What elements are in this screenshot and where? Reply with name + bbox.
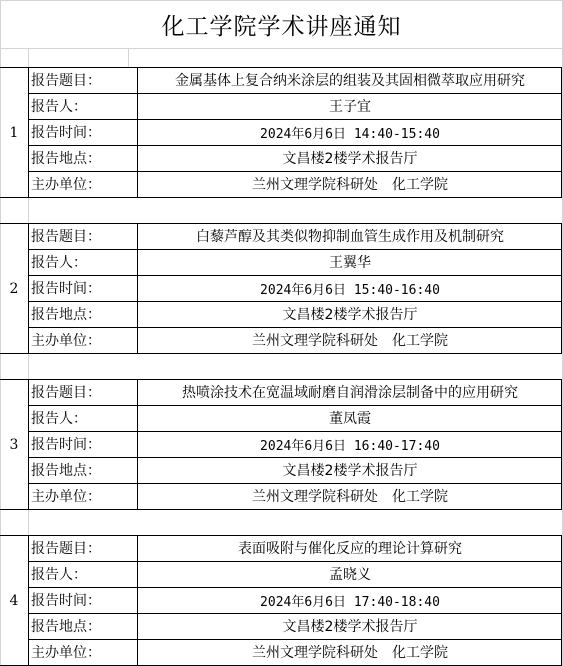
- border-row: [28, 301, 562, 302]
- border-row: [28, 587, 562, 588]
- label-speaker: 报告人：: [28, 405, 138, 431]
- label-topic: 报告题目：: [28, 223, 138, 249]
- label-time: 报告时间：: [28, 431, 138, 457]
- border-row: [28, 561, 562, 562]
- value-speaker[interactable]: 王子宜: [138, 93, 562, 119]
- row-speaker: 报告人： 董凤霞: [28, 405, 562, 431]
- value-organizer[interactable]: 兰州文理学院科研处 化工学院: [138, 639, 562, 665]
- page-title: 化工学院学术讲座通知: [1, 1, 562, 48]
- label-time: 报告时间：: [28, 587, 138, 613]
- grid-col-b: [128, 48, 129, 68]
- lecture-block-4: 4 报告题目： 表面吸附与催化反应的理论计算研究 报告人： 孟晓义 报告时间： …: [0, 535, 563, 666]
- row-time: 报告时间： 2024年6月6日 16:40-17:40: [28, 431, 562, 457]
- grid-col-a-gap1: [28, 198, 29, 223]
- row-speaker: 报告人： 王翼华: [28, 249, 562, 275]
- label-topic: 报告题目：: [28, 535, 138, 561]
- row-location: 报告地点： 文昌楼2楼学术报告厅: [28, 613, 562, 639]
- label-speaker: 报告人：: [28, 249, 138, 275]
- lecture-index: 1: [0, 67, 28, 198]
- value-speaker[interactable]: 董凤霞: [138, 405, 562, 431]
- label-organizer: 主办单位：: [28, 483, 138, 509]
- label-location: 报告地点：: [28, 457, 138, 483]
- value-time[interactable]: 2024年6月6日 14:40-15:40: [138, 119, 562, 145]
- value-organizer[interactable]: 兰州文理学院科研处 化工学院: [138, 483, 562, 509]
- border-row: [28, 145, 562, 146]
- border-top: [0, 67, 562, 68]
- row-topic: 报告题目： 白藜芦醇及其类似物抑制血管生成作用及机制研究: [28, 223, 562, 249]
- border-right: [561, 67, 562, 198]
- value-organizer[interactable]: 兰州文理学院科研处 化工学院: [138, 327, 562, 353]
- label-organizer: 主办单位：: [28, 639, 138, 665]
- row-location: 报告地点： 文昌楼2楼学术报告厅: [28, 145, 562, 171]
- label-topic: 报告题目：: [28, 67, 138, 93]
- border-top: [0, 379, 562, 380]
- border-row: [28, 457, 562, 458]
- label-location: 报告地点：: [28, 301, 138, 327]
- border-row: [28, 431, 562, 432]
- border-row: [28, 483, 562, 484]
- spreadsheet: 化工学院学术讲座通知 1 报告题目： 金属基体上复合纳米涂层的组装及其固相微萃取…: [0, 0, 563, 666]
- value-topic[interactable]: 表面吸附与催化反应的理论计算研究: [138, 535, 562, 561]
- row-speaker: 报告人： 王子宜: [28, 93, 562, 119]
- border-right: [561, 535, 562, 666]
- border-right: [561, 379, 562, 510]
- border-top: [0, 535, 562, 536]
- border-row: [28, 119, 562, 120]
- border-row: [28, 613, 562, 614]
- border-bottom: [0, 509, 562, 510]
- row-topic: 报告题目： 热喷涂技术在宽温域耐磨自润滑涂层制备中的应用研究: [28, 379, 562, 405]
- border-row: [28, 327, 562, 328]
- row-time: 报告时间： 2024年6月6日 14:40-15:40: [28, 119, 562, 145]
- label-organizer: 主办单位：: [28, 171, 138, 197]
- row-time: 报告时间： 2024年6月6日 15:40-16:40: [28, 275, 562, 301]
- value-speaker[interactable]: 孟晓义: [138, 561, 562, 587]
- label-speaker: 报告人：: [28, 93, 138, 119]
- lecture-index: 4: [0, 535, 28, 666]
- value-time[interactable]: 2024年6月6日 17:40-18:40: [138, 587, 562, 613]
- value-topic[interactable]: 金属基体上复合纳米涂层的组装及其固相微萃取应用研究: [138, 67, 562, 93]
- label-location: 报告地点：: [28, 145, 138, 171]
- grid-col-a-gap3: [28, 510, 29, 535]
- border-row: [28, 171, 562, 172]
- lecture-index: 3: [0, 379, 28, 510]
- border-row: [28, 405, 562, 406]
- row-speaker: 报告人： 孟晓义: [28, 561, 562, 587]
- grid-col-a-gap2: [28, 354, 29, 379]
- value-location[interactable]: 文昌楼2楼学术报告厅: [138, 457, 562, 483]
- row-topic: 报告题目： 表面吸附与催化反应的理论计算研究: [28, 535, 562, 561]
- border-right: [561, 223, 562, 354]
- value-location[interactable]: 文昌楼2楼学术报告厅: [138, 145, 562, 171]
- label-time: 报告时间：: [28, 119, 138, 145]
- lecture-block-1: 1 报告题目： 金属基体上复合纳米涂层的组装及其固相微萃取应用研究 报告人： 王…: [0, 67, 563, 198]
- label-time: 报告时间：: [28, 275, 138, 301]
- lecture-block-2: 2 报告题目： 白藜芦醇及其类似物抑制血管生成作用及机制研究 报告人： 王翼华 …: [0, 223, 563, 354]
- row-topic: 报告题目： 金属基体上复合纳米涂层的组装及其固相微萃取应用研究: [28, 67, 562, 93]
- border-top: [0, 223, 562, 224]
- label-speaker: 报告人：: [28, 561, 138, 587]
- border-bottom: [0, 353, 562, 354]
- border-row: [28, 275, 562, 276]
- row-time: 报告时间： 2024年6月6日 17:40-18:40: [28, 587, 562, 613]
- border-row: [28, 249, 562, 250]
- label-location: 报告地点：: [28, 613, 138, 639]
- grid-col-a: [28, 48, 29, 68]
- value-topic[interactable]: 热喷涂技术在宽温域耐磨自润滑涂层制备中的应用研究: [138, 379, 562, 405]
- grid-line-title-bottom: [0, 48, 563, 49]
- border-row: [28, 639, 562, 640]
- value-location[interactable]: 文昌楼2楼学术报告厅: [138, 613, 562, 639]
- border-bottom: [0, 197, 562, 198]
- border-row: [28, 93, 562, 94]
- value-time[interactable]: 2024年6月6日 15:40-16:40: [138, 275, 562, 301]
- value-organizer[interactable]: 兰州文理学院科研处 化工学院: [138, 171, 562, 197]
- lecture-block-3: 3 报告题目： 热喷涂技术在宽温域耐磨自润滑涂层制备中的应用研究 报告人： 董凤…: [0, 379, 563, 510]
- value-time[interactable]: 2024年6月6日 16:40-17:40: [138, 431, 562, 457]
- row-location: 报告地点： 文昌楼2楼学术报告厅: [28, 457, 562, 483]
- lecture-index: 2: [0, 223, 28, 354]
- label-organizer: 主办单位：: [28, 327, 138, 353]
- value-speaker[interactable]: 王翼华: [138, 249, 562, 275]
- value-topic[interactable]: 白藜芦醇及其类似物抑制血管生成作用及机制研究: [138, 223, 562, 249]
- row-organizer: 主办单位： 兰州文理学院科研处 化工学院: [28, 171, 562, 197]
- row-organizer: 主办单位： 兰州文理学院科研处 化工学院: [28, 483, 562, 509]
- row-organizer: 主办单位： 兰州文理学院科研处 化工学院: [28, 327, 562, 353]
- row-organizer: 主办单位： 兰州文理学院科研处 化工学院: [28, 639, 562, 665]
- row-location: 报告地点： 文昌楼2楼学术报告厅: [28, 301, 562, 327]
- label-topic: 报告题目：: [28, 379, 138, 405]
- value-location[interactable]: 文昌楼2楼学术报告厅: [138, 301, 562, 327]
